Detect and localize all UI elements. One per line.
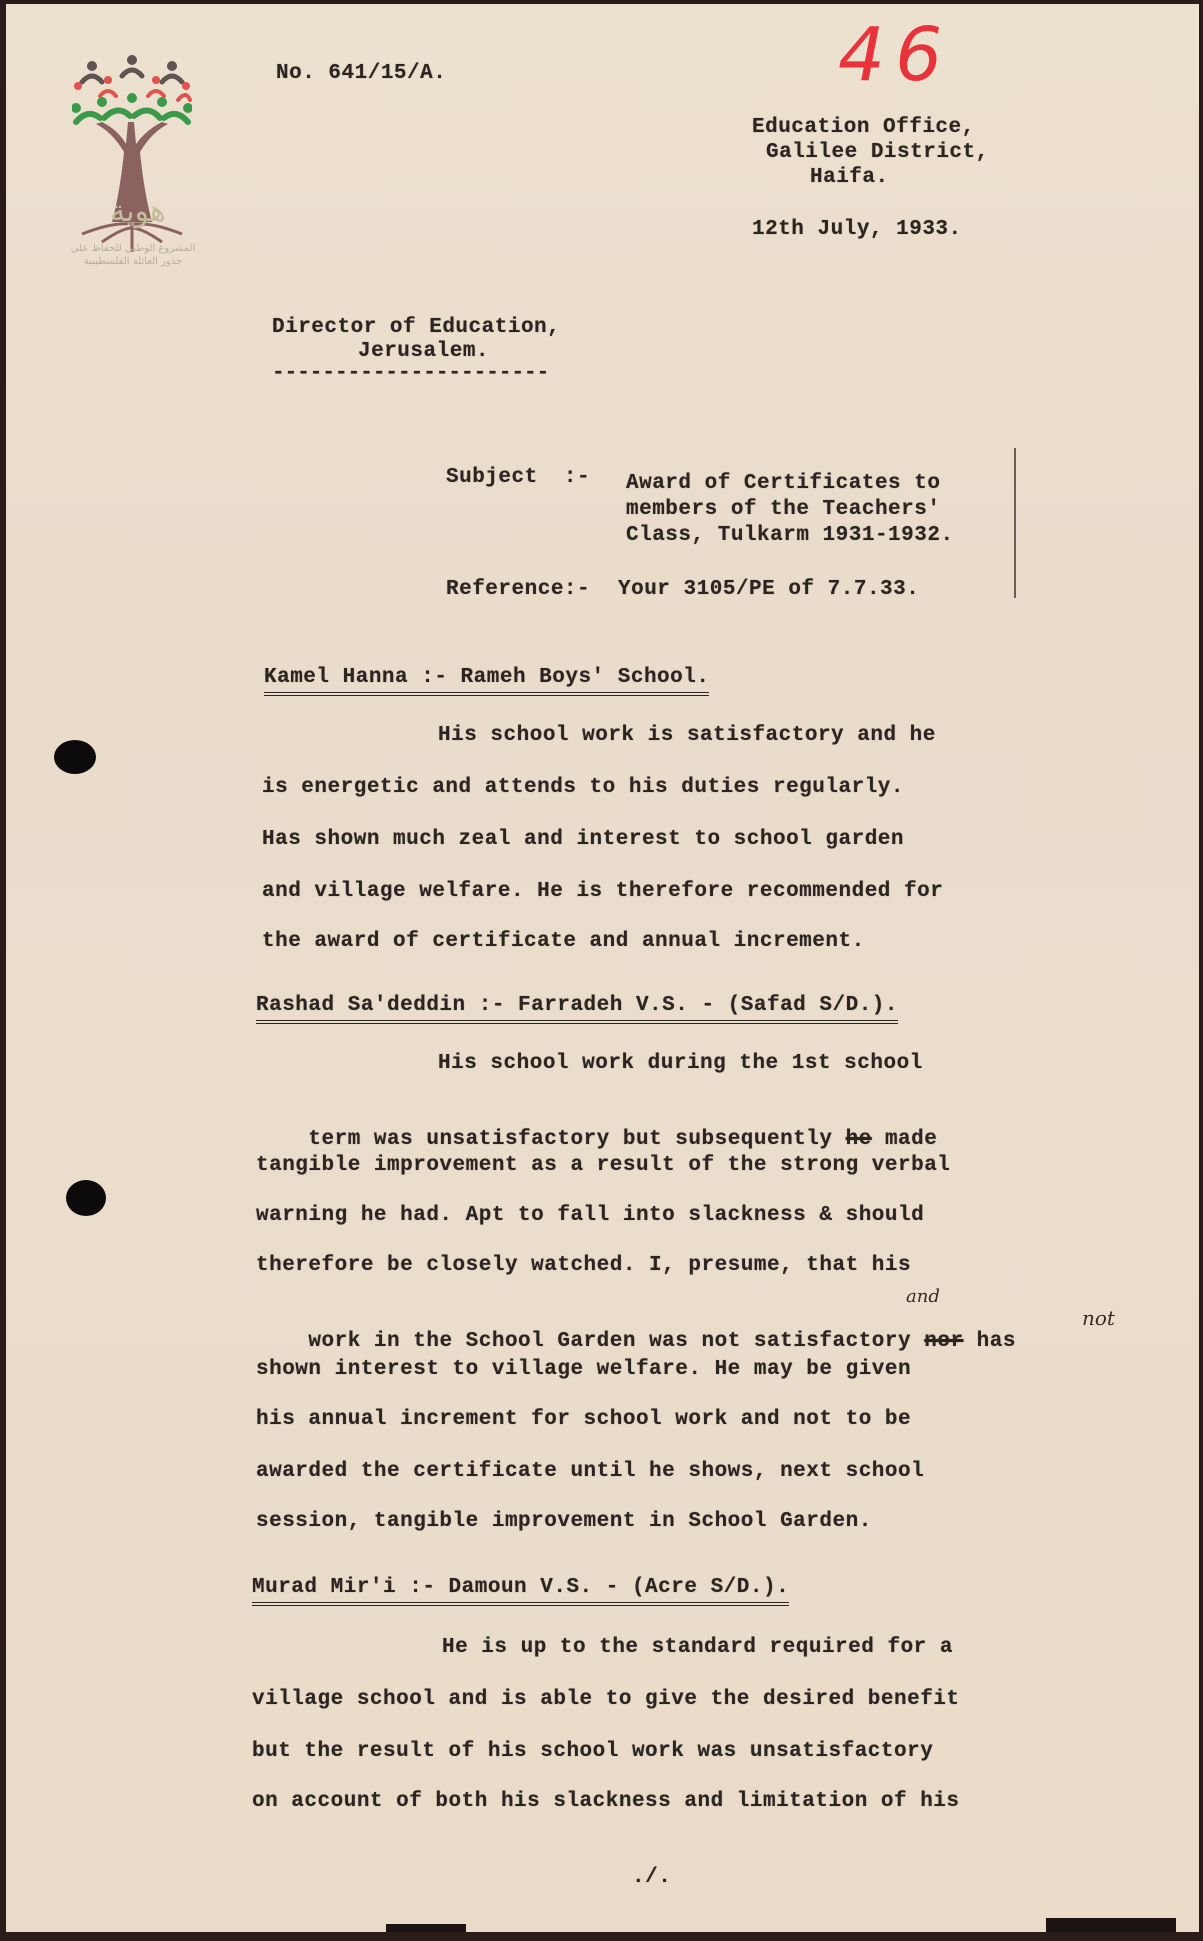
recipient-line-2: Jerusalem. — [358, 340, 489, 364]
sender-address-line-3: Haifa. — [810, 166, 889, 190]
recipient-line-1: Director of Education, — [272, 316, 560, 340]
watermark-subtitle: المشروع الوطني للحفاظ على جذور العائلة ا… — [58, 242, 208, 268]
body-line: his annual increment for school work and… — [256, 1408, 911, 1432]
section-heading-kamel-hanna: Kamel Hanna :- Rameh Boys' School. — [264, 666, 709, 696]
watermark-title: هوية — [98, 194, 178, 229]
subject-line-2: members of the Teachers' — [626, 498, 940, 522]
body-line: shown interest to village welfare. He ma… — [256, 1358, 911, 1382]
sender-address-line-2: Galilee District, — [766, 141, 989, 165]
body-line: He is up to the standard required for a — [442, 1636, 953, 1660]
body-line: therefore be closely watched. I, presume… — [256, 1254, 911, 1278]
body-line: awarded the certificate until he shows, … — [256, 1460, 924, 1484]
handwritten-margin-note: not — [1082, 1306, 1115, 1330]
body-line: the award of certificate and annual incr… — [262, 930, 865, 954]
continuation-mark: ./. — [632, 1866, 671, 1890]
section-heading-murad-miri: Murad Mir'i :- Damoun V.S. - (Acre S/D.)… — [252, 1576, 789, 1606]
recipient-rule: ---------------------- — [272, 362, 549, 386]
reference-label: Reference:- — [446, 578, 590, 602]
body-line: His school work is satisfactory and he — [438, 724, 936, 748]
body-line: His school work during the 1st school — [438, 1052, 923, 1076]
sender-address-line-1: Education Office, — [752, 116, 975, 140]
subject-line-3: Class, Tulkarm 1931-1932. — [626, 524, 954, 548]
body-line: but the result of his school work was un… — [252, 1740, 933, 1764]
subject-line-1: Award of Certificates to — [626, 472, 940, 496]
body-line: session, tangible improvement in School … — [256, 1510, 872, 1534]
tree-logo-icon — [72, 52, 192, 262]
margin-bracket — [1014, 448, 1016, 598]
torn-edge — [1046, 1918, 1176, 1932]
reference-number: No. 641/15/A. — [276, 62, 446, 86]
subject-label: Subject :- — [446, 466, 590, 490]
body-line: village school and is able to give the d… — [252, 1688, 960, 1712]
struck-word: nor — [924, 1330, 963, 1353]
struck-word: he — [846, 1128, 872, 1151]
body-line: warning he had. Apt to fall into slackne… — [256, 1204, 924, 1228]
torn-edge — [386, 1924, 466, 1932]
body-line: on account of both his slackness and lim… — [252, 1790, 960, 1814]
handwritten-insert: and — [906, 1286, 940, 1307]
reference-value: Your 3105/PE of 7.7.33. — [618, 578, 919, 602]
document-page: هوية المشروع الوطني للحفاظ على جذور العا… — [6, 4, 1199, 1932]
letter-date: 12th July, 1933. — [752, 218, 962, 242]
body-line: tangible improvement as a result of the … — [256, 1154, 950, 1178]
punch-hole — [54, 740, 96, 774]
body-line: Has shown much zeal and interest to scho… — [262, 828, 904, 852]
body-line: and village welfare. He is therefore rec… — [262, 880, 943, 904]
body-line: is energetic and attends to his duties r… — [262, 776, 904, 800]
section-heading-rashad-saddeddin: Rashad Sa'deddin :- Farradeh V.S. - (Saf… — [256, 994, 898, 1024]
punch-hole — [66, 1180, 106, 1216]
folio-number: 46 — [838, 12, 952, 98]
